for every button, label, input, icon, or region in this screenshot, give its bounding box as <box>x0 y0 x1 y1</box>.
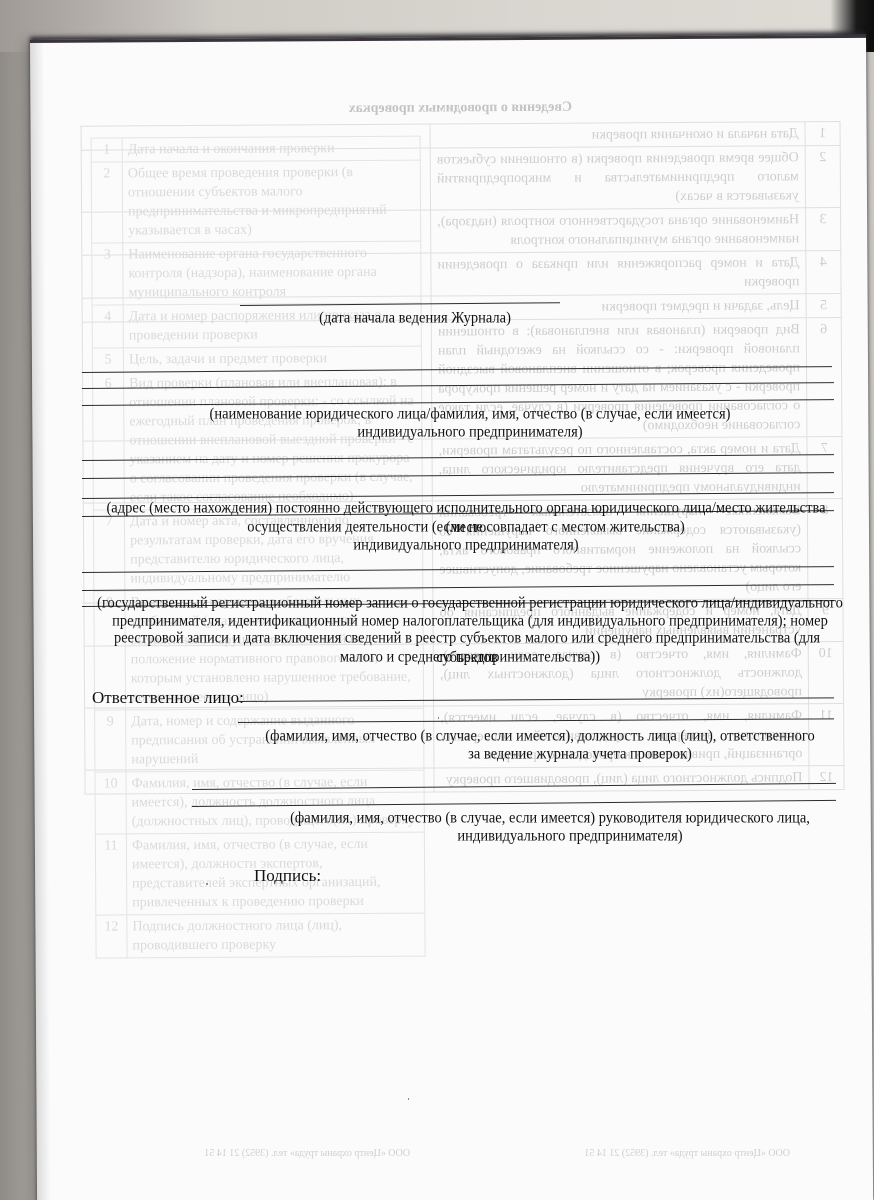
scan-speck <box>438 717 439 719</box>
registration-line-1[interactable] <box>82 566 834 573</box>
scan-speck <box>408 1098 409 1100</box>
journal-start-date-caption: (дата начала ведения Журнала) <box>260 308 570 327</box>
entity-name-line-1[interactable] <box>82 366 832 373</box>
signature-label: Подпись: <box>254 866 321 886</box>
scan-speck <box>206 883 208 885</box>
address-line-2[interactable] <box>82 472 834 479</box>
responsible-person-label: Ответственное лицо: <box>92 688 244 708</box>
entity-name-caption-1: (наименование юридического лица/фамилия,… <box>120 404 820 423</box>
registration-caption-1: (государственный регистрационный номер з… <box>90 593 850 612</box>
responsible-person-line-2[interactable] <box>238 718 834 723</box>
entity-name-line-2[interactable] <box>82 382 834 389</box>
journal-start-date-line[interactable] <box>240 302 560 306</box>
registration-line-2[interactable] <box>82 584 834 591</box>
responsible-person-caption-2: за ведение журнала учета проверок) <box>300 744 860 763</box>
head-person-line-2[interactable] <box>192 800 836 807</box>
registration-caption-4: малого и среднего предпринимательства)) <box>90 647 850 666</box>
address-caption-3: индивидуального предпринимателя) <box>86 535 846 554</box>
head-person-caption-1: (фамилия, имя, отчество (в случае, если … <box>270 808 830 827</box>
head-person-caption-2: индивидуального предпринимателя) <box>320 826 820 845</box>
responsible-person-line-1[interactable] <box>238 697 834 702</box>
address-caption-2: осуществления деятельности (если не совп… <box>86 517 846 536</box>
entity-name-caption-2: индивидуального предпринимателя) <box>120 422 820 441</box>
bleed-footer-left: ООО «Центр охраны труда» тел. (3952) 21 … <box>110 1148 410 1159</box>
address-line-1[interactable] <box>82 454 834 461</box>
bleed-footer-right: ООО «Центр охраны труда» тел. (3952) 21 … <box>500 1148 790 1159</box>
journal-title-form: (дата начала ведения Журнала) (наименова… <box>0 0 874 1200</box>
head-person-line-1[interactable] <box>192 783 836 790</box>
responsible-person-caption-1: (фамилия, имя, отчество (в случае, если … <box>260 726 820 745</box>
